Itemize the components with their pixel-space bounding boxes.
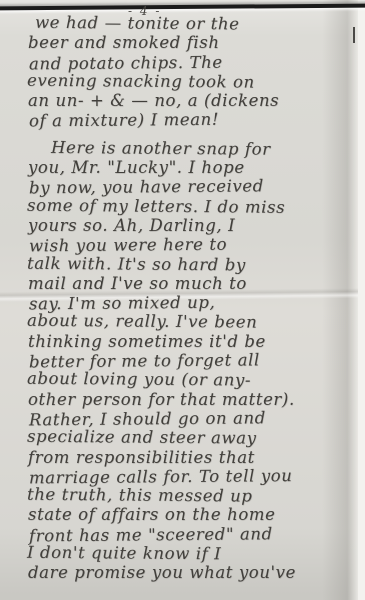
- handwriting-line: thinking sometimes it'd be: [27, 332, 348, 351]
- handwriting-line: I don't quite know if I: [27, 543, 348, 565]
- handwriting-line: wish you were here to: [27, 234, 348, 256]
- letter-paper: - 4 - we had — tonite or the beer and sm…: [0, 0, 358, 600]
- handwriting-line: Here is another snap for: [27, 138, 348, 160]
- handwriting-line: about us, really. I've been: [27, 311, 348, 333]
- handwriting-line: other person for that matter).: [27, 390, 348, 409]
- handwriting-line: about loving you (or any-: [27, 369, 348, 391]
- handwriting-line: an un- + & — no, a (dickens: [27, 91, 348, 110]
- handwriting-line: by now, you have received: [27, 176, 348, 198]
- handwriting-line: front has me "sceered" and: [27, 523, 348, 545]
- handwriting-line: talk with. It's so hard by: [27, 253, 348, 275]
- handwriting-line: from responsibilities that: [27, 448, 348, 467]
- letter-body: we had — tonite or the beer and smoked f…: [27, 14, 348, 583]
- handwriting-line: you, Mr. "Lucky". I hope: [27, 158, 348, 177]
- handwriting-line: mail and I've so much to: [27, 274, 348, 293]
- handwriting-line: specialize and steer away: [27, 427, 348, 449]
- handwriting-line: the truth, this messed up: [27, 485, 348, 507]
- handwriting-line: state of affairs on the home: [27, 505, 348, 524]
- scanned-letter-photo: - 4 - we had — tonite or the beer and sm…: [0, 0, 365, 600]
- handwriting-line: beer and smoked fish: [27, 33, 348, 52]
- paper-edge-mark: [353, 27, 355, 43]
- handwriting-line: dare promise you what you've: [27, 563, 348, 582]
- photo-top-edge: [0, 4, 365, 11]
- handwriting-line: yours so. Ah, Darling, I: [27, 216, 348, 235]
- handwriting-line: evening snacking took on: [27, 71, 348, 93]
- handwriting-line: we had — tonite or the: [27, 13, 348, 35]
- handwriting-line: of a mixture) I mean!: [27, 109, 348, 131]
- handwriting-line: and potato chips. The: [27, 51, 348, 73]
- handwriting-line: some of my letters. I do miss: [27, 195, 348, 217]
